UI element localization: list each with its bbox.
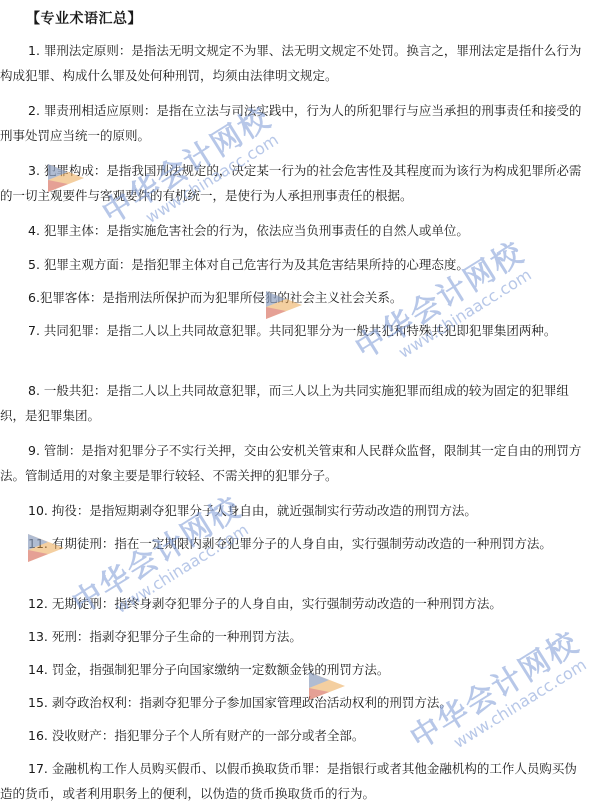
term-item-1: 1. 罪刑法定原则：是指法无明文规定不为罪、法无明文规定不处罚。换言之，罪刑法定… [0, 38, 586, 88]
watermark-url: www.chinaacc.com [395, 262, 539, 362]
term-item-17: 17. 金融机构工作人员购买假币、以假币换取货币罪：是指银行或者其他金融机构的工… [0, 756, 586, 804]
term-item-10: 10. 拘役：是指短期剥夺犯罪分子人身自由，就近强制实行劳动改造的刑罚方法。 [0, 498, 586, 523]
term-item-5: 5. 犯罪主观方面：是指犯罪主体对自己危害行为及其危害结果所持的心理态度。 [0, 252, 586, 277]
term-item-3: 3. 犯罪构成：是指我国刑法规定的，决定某一行为的社会危害性及其程度而为该行为构… [0, 158, 586, 208]
term-item-16: 16. 没收财产：指犯罪分子个人所有财产的一部分或者全部。 [0, 723, 586, 748]
term-item-2: 2. 罪责刑相适应原则：是指在立法与司法实践中，行为人的所犯罪行与应当承担的刑事… [0, 98, 586, 148]
term-item-4: 4. 犯罪主体：是指实施危害社会的行为，依法应当负刑事责任的自然人或单位。 [0, 218, 586, 243]
term-item-11: 11. 有期徒刑：指在一定期限内剥夺犯罪分子的人身自由，实行强制劳动改造的一种刑… [0, 531, 586, 556]
term-item-12: 12. 无期徒刑：指终身剥夺犯罪分子的人身自由，实行强制劳动改造的一种刑罚方法。 [0, 591, 586, 616]
term-item-9: 9. 管制：是指对犯罪分子不实行关押，交由公安机关管束和人民群众监督，限制其一定… [0, 438, 586, 488]
term-item-13: 13. 死刑：指剥夺犯罪分子生命的一种刑罚方法。 [0, 624, 586, 649]
term-item-7: 7. 共同犯罪：是指二人以上共同故意犯罪。共同犯罪分为一般共犯和特殊共犯即犯罪集… [0, 318, 586, 343]
term-item-14: 14. 罚金，指强制犯罪分子向国家缴纳一定数额金钱的刑罚方法。 [0, 657, 586, 682]
section-heading: 【专业术语汇总】 [26, 8, 142, 28]
term-item-6: 6.犯罪客体：是指刑法所保护而为犯罪所侵犯的社会主义社会关系。 [0, 285, 586, 310]
term-item-8: 8. 一般共犯：是指二人以上共同故意犯罪，而三人以上为共同实施犯罪而组成的较为固… [0, 378, 586, 428]
term-item-15: 15. 剥夺政治权利：指剥夺犯罪分子参加国家管理政治活动权利的刑罚方法。 [0, 690, 586, 715]
